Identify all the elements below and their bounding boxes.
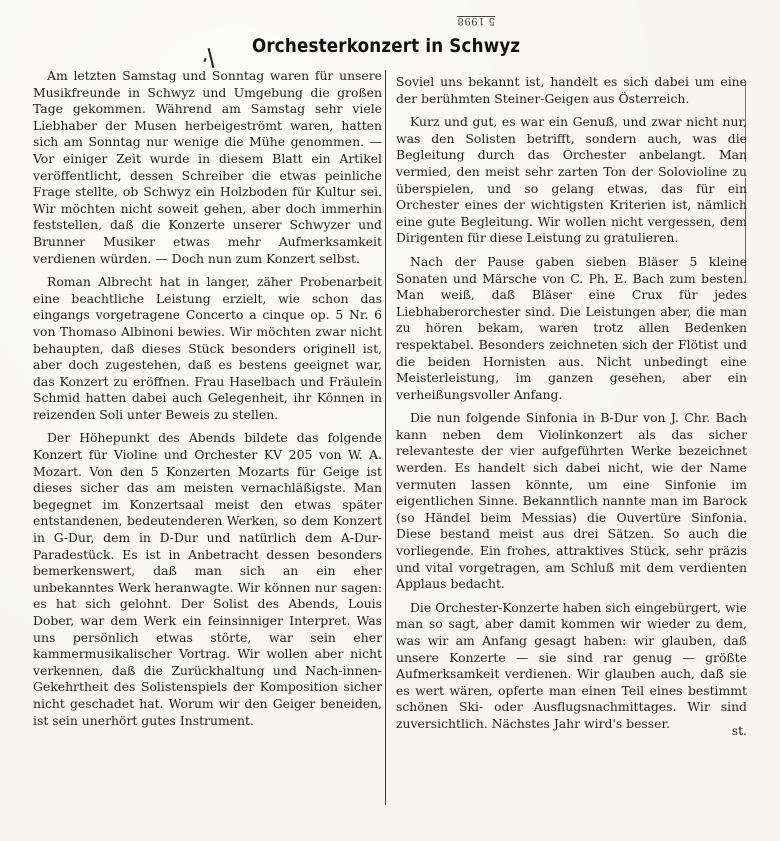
article-headline: Orchesterkonzert in Schwyz	[252, 35, 520, 57]
column-divider	[385, 70, 386, 805]
date-stamp: 5 1998	[457, 15, 495, 26]
paragraph-mozart: Der Höhepunkt des Abends bildete das fol…	[33, 430, 382, 729]
paragraph-albinoni: Roman Albrecht hat in langer, zäher Prob…	[33, 274, 382, 423]
pen-mark	[208, 48, 215, 68]
pen-mark-dot	[203, 58, 206, 62]
paragraph-conclusion: Die Orchester-Konzerte haben sich eingeb…	[396, 600, 747, 733]
paragraph-intro: Am letzten Samstag und Sonntag waren für…	[33, 68, 382, 267]
paragraph-steiner-violin: Soviel uns bekannt ist, handelt es sich …	[396, 74, 747, 107]
article-column-right: Soviel uns bekannt ist, handelt es sich …	[396, 74, 747, 740]
paragraph-accompaniment: Kurz und gut, es war ein Genuß, und zwar…	[396, 114, 747, 247]
article-column-left: Am letzten Samstag und Sonntag waren für…	[33, 68, 382, 736]
newspaper-clipping: 5 1998 Orchesterkonzert in Schwyz Am let…	[0, 0, 780, 841]
paragraph-wind-players: Nach der Pause gaben sieben Bläser 5 kle…	[396, 254, 747, 403]
paragraph-sinfonia: Die nun folgende Sinfonia in B-Dur von J…	[396, 410, 747, 593]
